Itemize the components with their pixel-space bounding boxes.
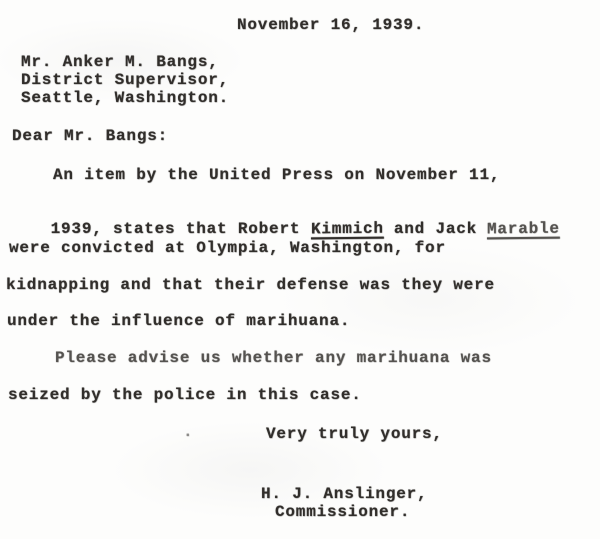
signature-name: H. J. Anslinger,: [261, 485, 427, 503]
letter-page: November 16, 1939. Mr. Anker M. Bangs, D…: [0, 0, 600, 539]
body-paragraph1-line1: An item by the United Press on November …: [53, 166, 500, 184]
body-text: and Jack: [383, 220, 487, 238]
body-paragraph2-line2: seized by the police in this case.: [8, 386, 362, 404]
address-line-city: Seattle, Washington.: [21, 89, 229, 107]
address-line-recipient: Mr. Anker M. Bangs,: [21, 53, 219, 71]
signature-title: Commissioner.: [275, 503, 410, 521]
body-paragraph1-line5: under the influence of marihuana.: [7, 312, 350, 330]
underlined-name-kimmich: Kimmich: [311, 220, 384, 239]
address-line-title: District Supervisor,: [21, 71, 229, 89]
salutation: Dear Mr. Bangs:: [12, 127, 168, 145]
letter-date: November 16, 1939.: [237, 16, 424, 34]
body-paragraph2-line1: Please advise us whether any marihuana w…: [55, 349, 492, 367]
body-paragraph1-line3: were convicted at Olympia, Washington, f…: [9, 239, 446, 257]
stray-mark: .: [183, 423, 193, 441]
underlined-name-marable: Marable: [487, 220, 560, 239]
body-text: 1939, states that Robert: [51, 220, 311, 238]
body-paragraph1-line4: kidnapping and that their defense was th…: [6, 276, 495, 294]
closing: Very truly yours,: [266, 425, 443, 443]
